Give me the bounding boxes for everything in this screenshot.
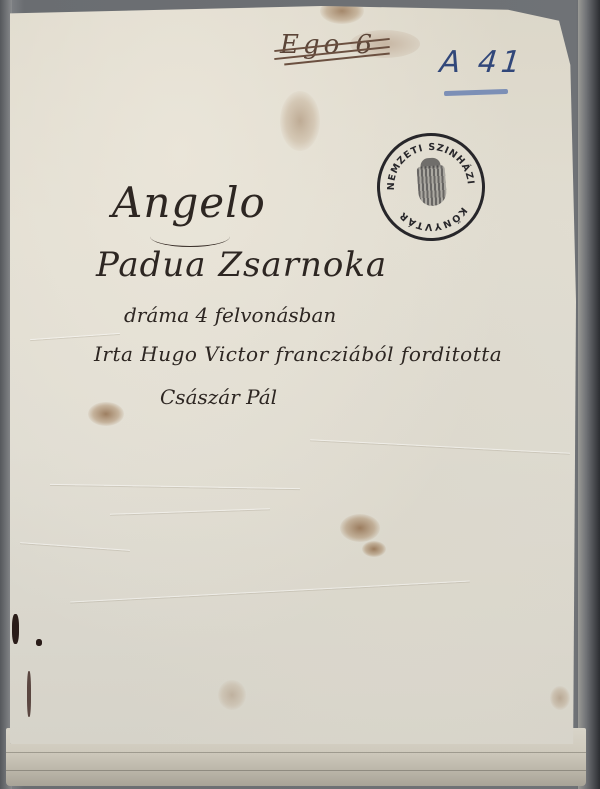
foxing-stain — [280, 91, 320, 151]
paper-crease — [20, 542, 130, 551]
paper-crease — [310, 439, 570, 454]
svg-text:KÖNYVTÁR: KÖNYVTÁR — [396, 204, 470, 234]
foxing-stain — [340, 514, 380, 542]
play-title: Angelo — [112, 178, 266, 227]
genre-line: dráma 4 felvonásban — [124, 303, 336, 327]
coat-of-arms-icon — [417, 165, 448, 207]
play-subtitle: Padua Zsarnoka — [96, 245, 387, 285]
paper-crease — [110, 508, 270, 515]
ink-spot — [12, 614, 19, 644]
paper-crease — [70, 581, 470, 603]
ink-spot — [36, 639, 42, 646]
foxing-stain — [550, 686, 570, 710]
right-binding-edge — [578, 0, 600, 789]
title-page — [10, 6, 576, 744]
old-shelf-mark: Ego 6 — [280, 30, 390, 66]
paper-crease — [30, 333, 120, 340]
foxing-stain — [88, 402, 124, 426]
foxing-stain — [362, 541, 386, 557]
ink-spot — [27, 671, 31, 717]
shelf-mark: A 41 — [438, 45, 526, 80]
library-stamp: NEMZETI SZINHÁZI KÖNYVTÁR — [373, 129, 488, 244]
foxing-stain — [218, 680, 246, 710]
paper-crease — [50, 484, 300, 489]
author-line: Irta Hugo Victor francziából forditotta — [94, 342, 502, 366]
translator-name: Császár Pál — [160, 385, 277, 409]
title-flourish — [150, 226, 230, 247]
